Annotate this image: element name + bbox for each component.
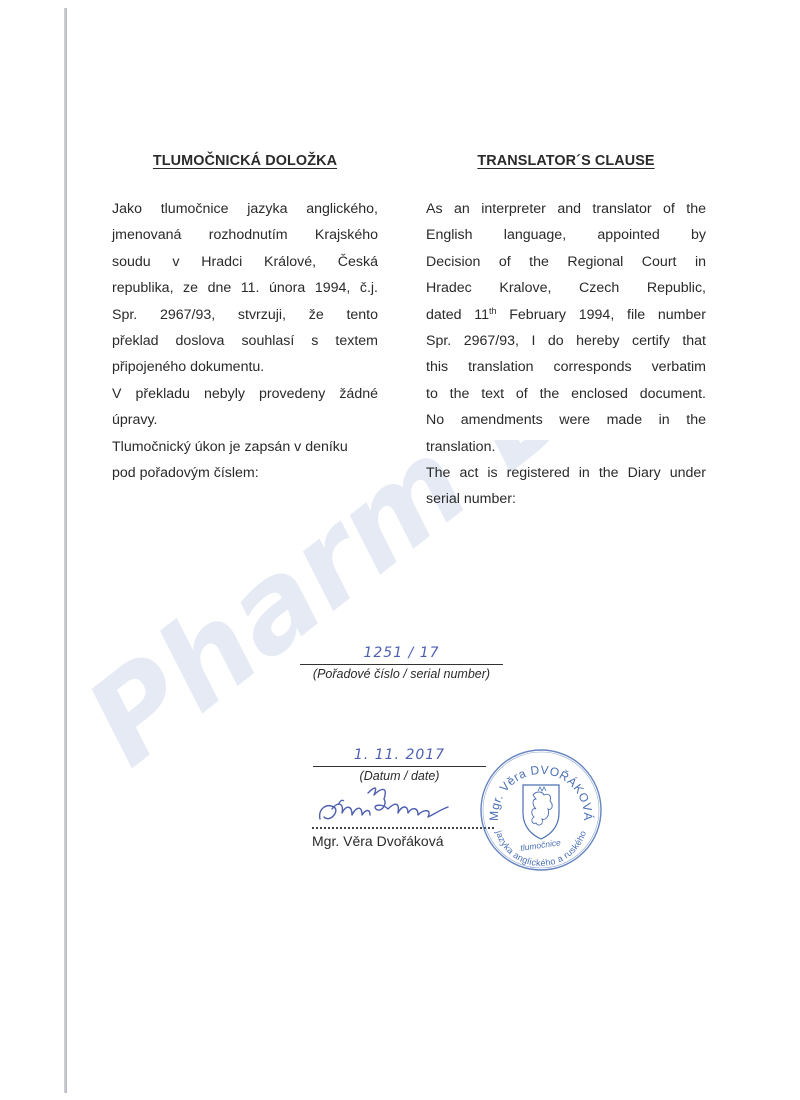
text-line: to the text of the enclosed document. <box>426 381 706 407</box>
official-stamp: Mgr. Věra DVOŘÁKOVÁ jazyka anglického a … <box>478 747 604 873</box>
text-line: Tlumočnický úkon je zapsán v deníku <box>112 434 378 460</box>
svg-text:tlumočnice: tlumočnice <box>520 837 562 853</box>
text-line: Spr. 2967/93, stvrzuji, že tento <box>112 302 378 328</box>
text-line: Spr. 2967/93, I do hereby certify that <box>426 328 706 354</box>
signatory-name: Mgr. Věra Dvořáková <box>312 831 444 851</box>
ordinal-suffix: th <box>489 306 497 316</box>
serial-number-caption: (Pořadové číslo / serial number) <box>300 665 503 683</box>
text-line: úpravy. <box>112 407 378 433</box>
text-line: translation. <box>426 434 706 460</box>
text-line: serial number: <box>426 486 706 512</box>
text-line: English language, appointed by <box>426 222 706 248</box>
svg-text:Mgr. Věra DVOŘÁKOVÁ: Mgr. Věra DVOŘÁKOVÁ <box>487 763 596 821</box>
translator-clause: TRANSLATOR´S CLAUSE As an interpreter an… <box>426 148 706 513</box>
text-line: V překladu nebyly provedeny žádné <box>112 381 378 407</box>
coat-of-arms-icon <box>523 785 559 839</box>
date-value: 1. 11. 2017 <box>313 744 486 766</box>
text-line: pod pořadovým číslem: <box>112 460 378 486</box>
text-line: The act is registered in the Diary under <box>426 460 706 486</box>
text-line: Jako tlumočnice jazyka anglického, <box>112 196 378 222</box>
text-line: připojeného dokumentu. <box>112 354 378 380</box>
text-fragment: dated 11 <box>426 307 489 323</box>
text-line: jmenovaná rozhodnutím Krajského <box>112 222 378 248</box>
serial-number-value: 1251 / 17 <box>300 642 503 664</box>
czech-clause: TLUMOČNICKÁ DOLOŽKA Jako tlumočnice jazy… <box>112 148 378 486</box>
czech-clause-heading: TLUMOČNICKÁ DOLOŽKA <box>112 148 378 174</box>
text-line: překlad doslova souhlasí s textem <box>112 328 378 354</box>
text-line: republika, ze dne 11. února 1994, č.j. <box>112 275 378 301</box>
text-line: Hradec Kralove, Czech Republic, <box>426 275 706 301</box>
translator-clause-heading: TRANSLATOR´S CLAUSE <box>426 148 706 174</box>
text-line: As an interpreter and translator of the <box>426 196 706 222</box>
serial-number-field: 1251 / 17 (Pořadové číslo / serial numbe… <box>300 642 503 683</box>
text-line: No amendments were made in the <box>426 407 706 433</box>
text-line: Decision of the Regional Court in <box>426 249 706 275</box>
czech-clause-body: Jako tlumočnice jazyka anglického, jmeno… <box>112 196 378 486</box>
translator-clause-body: As an interpreter and translator of the … <box>426 196 706 513</box>
text-fragment: February 1994, file number <box>497 307 706 323</box>
page-edge-line <box>64 8 67 1093</box>
text-line: soudu v Hradci Králové, Česká <box>112 249 378 275</box>
signature-dotted-line <box>312 827 494 829</box>
text-line: this translation corresponds verbatim <box>426 354 706 380</box>
text-line-date: dated 11th February 1994, file number <box>426 302 706 328</box>
